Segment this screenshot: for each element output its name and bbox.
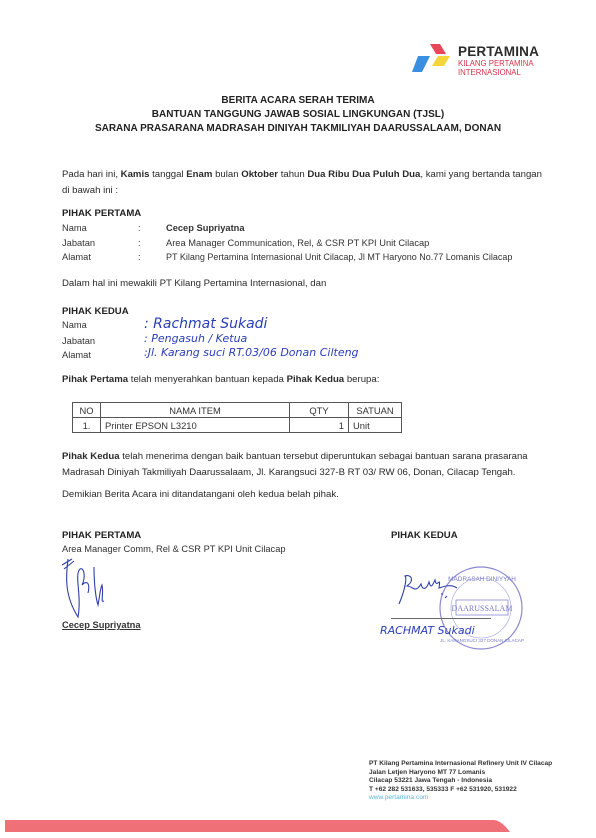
signature-right-icon <box>395 570 465 610</box>
intro-day: Kamis <box>121 169 150 180</box>
field-value: PT Kilang Pertamina Internasional Unit C… <box>166 252 512 262</box>
pertamina-logo-icon <box>412 42 458 78</box>
field-colon: : <box>138 252 141 262</box>
receipt-body: telah menerima dengan baik bantuan terse… <box>62 451 528 478</box>
cell-unit: Unit <box>349 418 402 433</box>
logo-wordmark: PERTAMINA <box>458 44 539 59</box>
field-colon: : <box>138 238 141 248</box>
logo-subtitle-line2: INTERNASIONAL <box>458 69 534 78</box>
document-subtitle: BANTUAN TANGGUNG JAWAB SOSIAL LINGKUNGAN… <box>0 109 596 120</box>
intro-date: Enam <box>186 169 212 180</box>
field-label: Alamat <box>62 350 91 360</box>
pertamina-logo: PERTAMINA KILANG PERTAMINA INTERNASIONAL <box>412 40 562 82</box>
field-label: Nama <box>62 223 132 233</box>
footer-line: Jalan Letjen Haryono MT 77 Lomanis <box>369 769 552 778</box>
footer-band <box>5 818 510 832</box>
intro-year: Dua Ribu Dua Puluh Dua <box>307 169 420 180</box>
intro-text: Pada hari ini, <box>62 169 121 180</box>
sign-left-heading: PIHAK PERTAMA <box>62 530 141 541</box>
party-name: Pihak Kedua <box>62 451 120 462</box>
closing-text: Demikian Berita Acara ini ditandatangani… <box>62 487 542 503</box>
sign-right-name: RACHMAT Sukadi <box>380 624 475 637</box>
field-value: Area Manager Communication, Rel, & CSR P… <box>166 238 429 248</box>
intro-text: bulan <box>212 169 241 180</box>
signature-line <box>391 618 491 619</box>
stamp-bottom-text: JL. KARANGSUCI 327 DONAN CILACAP <box>440 638 524 643</box>
document-title: BERITA ACARA SERAH TERIMA <box>0 95 596 106</box>
cell-qty: 1 <box>290 418 349 433</box>
handwritten-value: : Rachmat Sukadi <box>144 316 267 332</box>
table-row: 1. Printer EPSON L3210 1 Unit <box>73 418 402 433</box>
party-name: Pihak Kedua <box>287 374 345 385</box>
logo-subtitle: KILANG PERTAMINA INTERNASIONAL <box>458 60 534 77</box>
items-table: NO NAMA ITEM QTY SATUAN 1. Printer EPSON… <box>72 402 402 433</box>
footer-line: T +62 282 531633, 535333 F +62 531920, 5… <box>369 786 552 795</box>
field-label: Jabatan <box>62 238 132 248</box>
field-label: Alamat <box>62 252 132 262</box>
footer-website-link[interactable]: www.pertamina.com <box>369 794 552 803</box>
party-name: Pihak Pertama <box>62 374 128 385</box>
handwritten-value: :Jl. Karang suci RT.03/06 Donan Cilteng <box>144 346 359 359</box>
footer-line: PT Kilang Pertamina Internasional Refine… <box>369 760 552 769</box>
pihak-pertama-heading: PIHAK PERTAMA <box>62 208 141 219</box>
handwritten-value: : Pengasuh / Ketua <box>144 332 247 345</box>
intro-text: tanggal <box>149 169 186 180</box>
intro-month: Oktober <box>241 169 278 180</box>
pihak-kedua-heading: PIHAK KEDUA <box>62 306 129 317</box>
intro-paragraph: Pada hari ini, Kamis tanggal Enam bulan … <box>62 167 542 199</box>
field-colon: : <box>138 223 141 233</box>
cell-item-name: Printer EPSON L3210 <box>101 418 290 433</box>
handover-body: telah menyerahkan bantuan kepada <box>128 374 286 385</box>
column-header: QTY <box>290 403 349 418</box>
field-label: Jabatan <box>62 336 95 346</box>
footer-address: PT Kilang Pertamina Internasional Refine… <box>369 760 552 803</box>
footer-line: Cilacap 53221 Jawa Tengah - Indonesia <box>369 777 552 786</box>
represent-text: Dalam hal ini mewakili PT Kilang Pertami… <box>62 276 542 292</box>
field-value: Cecep Supriyatna <box>166 223 245 233</box>
intro-text: tahun <box>278 169 307 180</box>
handover-text: Pihak Pertama telah menyerahkan bantuan … <box>62 372 542 388</box>
cell-no: 1. <box>73 418 101 433</box>
handover-body: berupa: <box>344 374 379 385</box>
sign-right-heading: PIHAK KEDUA <box>391 530 458 541</box>
field-label: Nama <box>62 320 87 330</box>
signature-left-icon <box>58 555 138 625</box>
sign-left-name: Cecep Supriyatna <box>62 620 141 630</box>
document-subject: SARANA PRASARANA MADRASAH DINIYAH TAKMIL… <box>0 123 596 134</box>
column-header: SATUAN <box>349 403 402 418</box>
receipt-paragraph: Pihak Kedua telah menerima dengan baik b… <box>62 449 532 481</box>
table-header-row: NO NAMA ITEM QTY SATUAN <box>73 403 402 418</box>
sign-left-role: Area Manager Comm, Rel & CSR PT KPI Unit… <box>62 544 286 554</box>
column-header: NO <box>73 403 101 418</box>
column-header: NAMA ITEM <box>101 403 290 418</box>
